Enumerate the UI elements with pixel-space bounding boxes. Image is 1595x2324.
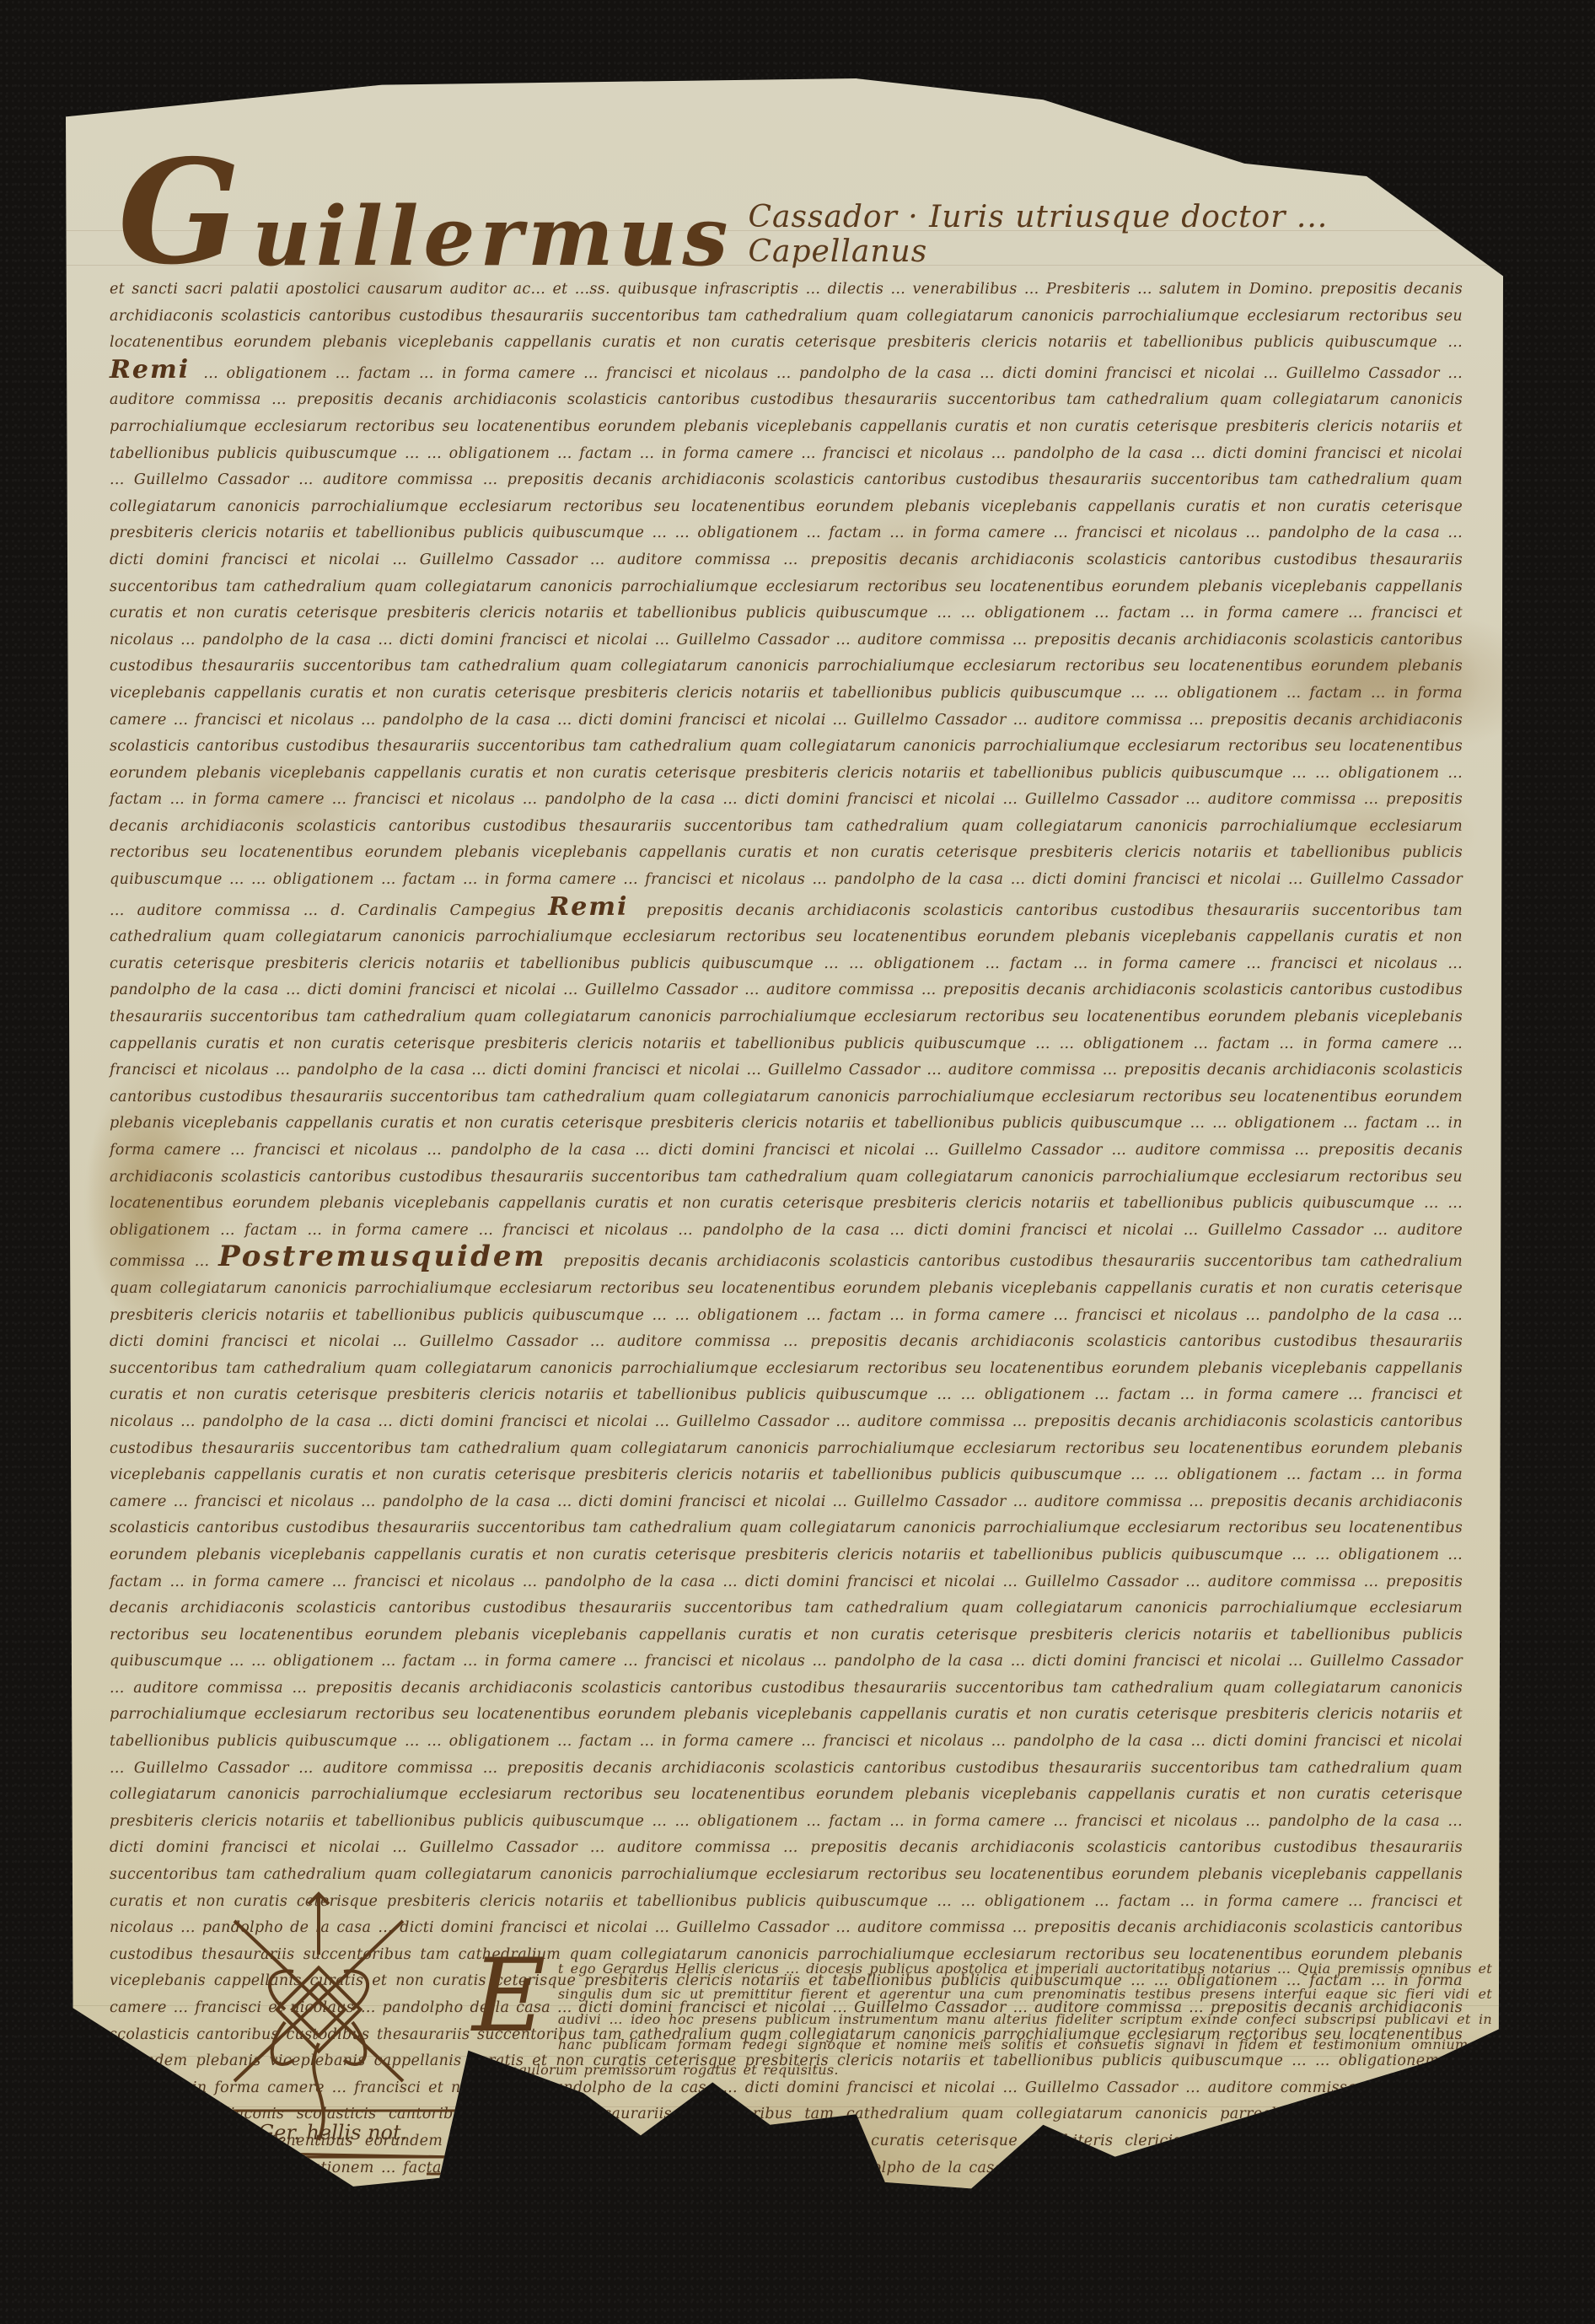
body-filler-text: prepositis decanis archidiaconis scolast… bbox=[110, 391, 1463, 918]
archival-endorsement: Iulius 1522 de Cassador ... bbox=[1002, 2164, 1367, 2192]
heading-name: uillermus bbox=[252, 196, 733, 277]
body-filler-text: prepositis decanis archidiaconis scolast… bbox=[110, 902, 1463, 1271]
emphasized-word-remi-2: Remi bbox=[548, 892, 647, 922]
cardinal-reference: d. Cardinalis Campegius bbox=[330, 902, 548, 919]
parchment-sheet: G uillermus Cassador · Iuris utriusque d… bbox=[66, 74, 1503, 2199]
left-footnote: ... Sanctissimo in Christo patre et domi… bbox=[110, 2213, 852, 2230]
emphasized-word-remi: Remi bbox=[110, 355, 203, 385]
heading-initial: G bbox=[118, 148, 237, 277]
notarial-subscription: E t ego Gerardus Hellis clericus ... dio… bbox=[497, 1956, 1492, 2083]
subscription-text: t ego Gerardus Hellis clericus ... dioce… bbox=[497, 1961, 1492, 2078]
emphasized-word-postremus: Postremusquidem bbox=[218, 1240, 563, 1273]
notary-name-scroll-icon bbox=[207, 2102, 486, 2187]
body-paragraph: et sancti sacri palatii apostolici causa… bbox=[110, 281, 1320, 298]
document-heading: G uillermus Cassador · Iuris utriusque d… bbox=[118, 148, 1503, 277]
heading-title-line: Cassador · Iuris utriusque doctor ... Ca… bbox=[748, 200, 1503, 277]
subscription-initial: E bbox=[472, 1956, 546, 2037]
